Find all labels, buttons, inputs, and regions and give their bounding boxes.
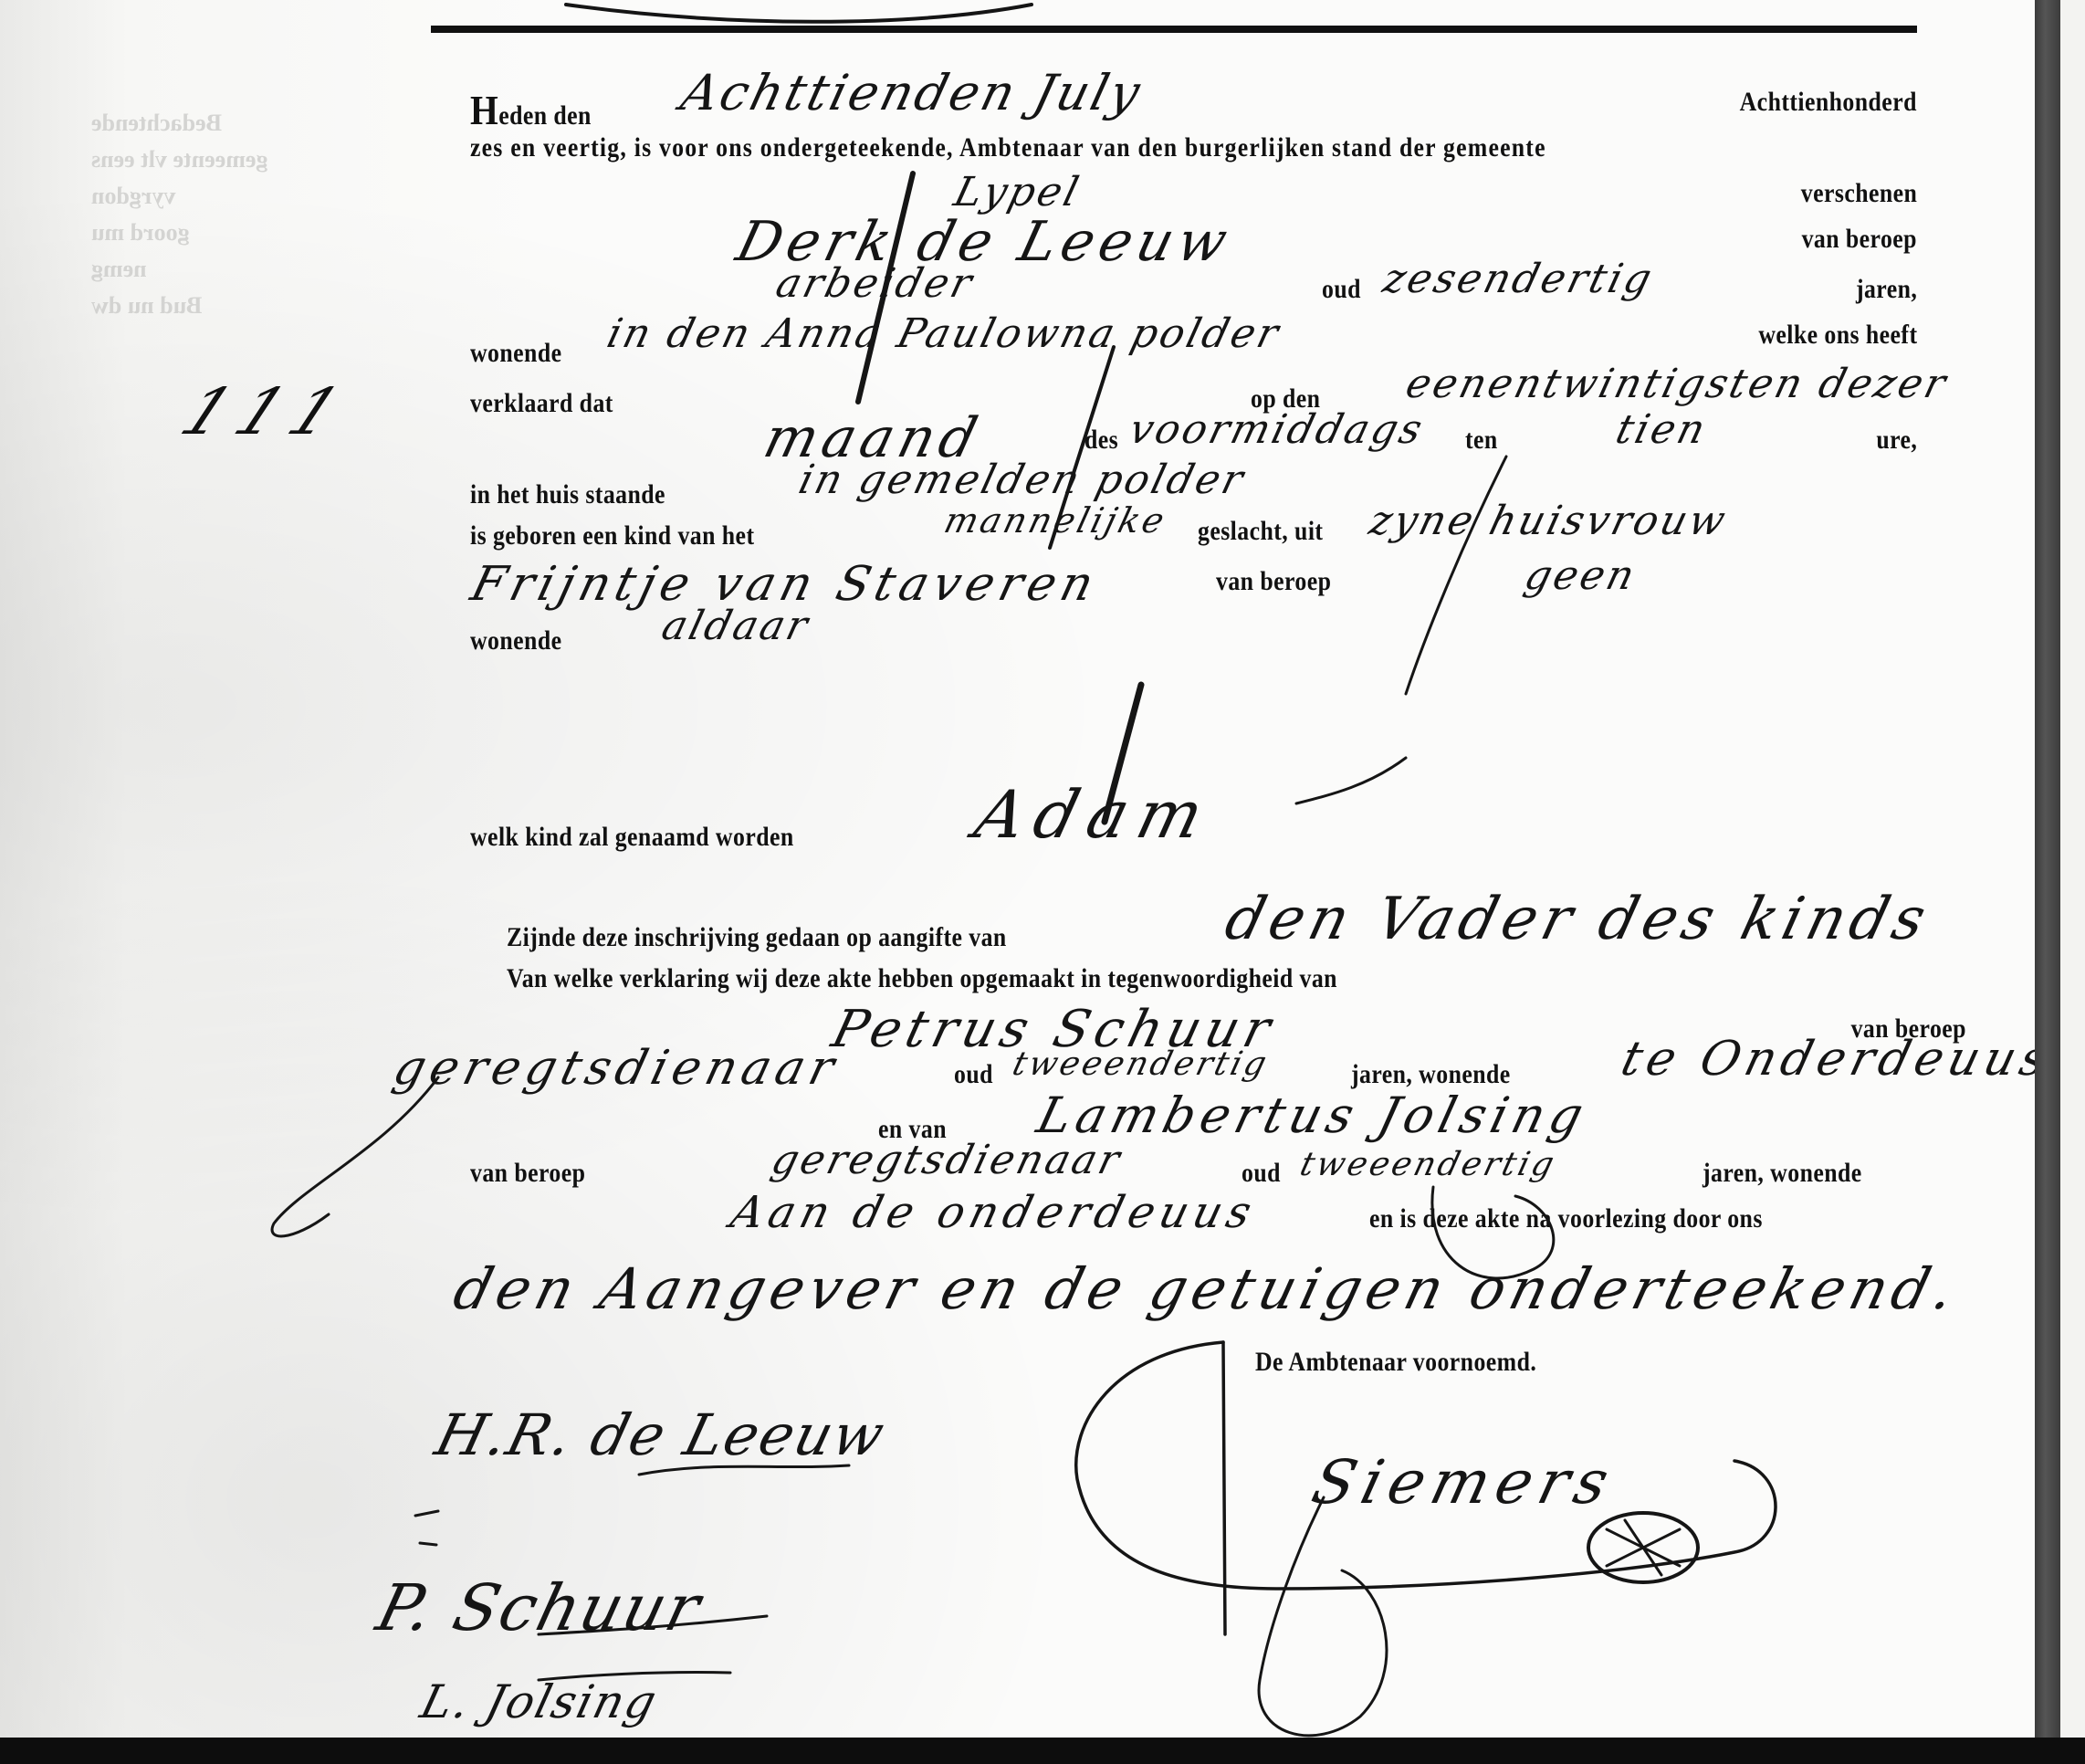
hw-witness1-residence: te Onderdeuus [1616, 1032, 2058, 1087]
dropcap: H [470, 87, 498, 133]
signature-official: Siemers [1305, 1447, 1623, 1517]
text-achttienhonderd: Achttienhonderd [1740, 87, 1917, 118]
text-oud-1: oud [1322, 274, 1361, 305]
hw-birth-day: eenentwintigsten dezer [1401, 361, 1953, 407]
text-oud-3: oud [1242, 1158, 1281, 1189]
hw-day-month: Achttienden July [676, 64, 1148, 121]
text-wonende-2: wonende [470, 625, 561, 656]
bleed-through-text: nemg [91, 256, 147, 283]
hw-hour: tien [1611, 406, 1713, 453]
hw-witness2-age: tweeendertig [1296, 1146, 1560, 1183]
hw-child-name: Adam [968, 776, 1221, 853]
hw-sex: mannelijke [940, 500, 1171, 541]
text-welk-kind: welk kind zal genaamd worden [470, 822, 794, 853]
text-verschenen: verschenen [1800, 178, 1917, 209]
scan-bottom-border [0, 1738, 2085, 1764]
document-page: Bedachtende gemeente vlt eens vyrgdon go… [0, 0, 2085, 1764]
hw-mother-relation: zyne huisvrouw [1365, 498, 1733, 544]
hw-municipality: Lypel [949, 169, 1085, 215]
margin-number: 111 [170, 374, 365, 449]
text-jaren-1: jaren, [1856, 274, 1917, 305]
text-van-welke: Van welke verklaring wij deze akte hebbe… [507, 963, 1337, 994]
text-des: des [1084, 425, 1118, 456]
text-jaren-wonende-2: jaren, wonende [1703, 1158, 1862, 1189]
hw-declarant-occupation: arbeider [771, 260, 979, 307]
signature-witness2: L. Jolsing [415, 1675, 663, 1728]
bleed-through-text: vyrgdon [91, 183, 175, 210]
hw-informant: den Vader des kinds [1219, 886, 1937, 953]
text-heden-den: eden den [498, 100, 592, 131]
text-wonende-1: wonende [470, 338, 561, 369]
text-zijnde: Zijnde deze inschrijving gedaan op aangi… [507, 922, 1007, 953]
bleed-through-text: gemeente vlt eens [91, 146, 267, 173]
hw-time-of-day: voormiddags [1125, 406, 1430, 453]
text-is-geboren: is geboren een kind van het [470, 520, 754, 551]
bleed-through-text: goord mu [91, 219, 190, 247]
hw-mother-residence: aldaar [657, 603, 815, 649]
text-van-beroep-1: van beroep [1802, 224, 1917, 255]
hw-signed-by: den Aangever en de getuigen onderteekend… [447, 1255, 1966, 1322]
bleed-through-text: Bedachtende [91, 110, 222, 137]
text-jaren-wonende-1: jaren, wonende [1351, 1059, 1511, 1090]
hw-witness2-occupation: geregtsdienaar [767, 1137, 1127, 1183]
text-ten: ten [1465, 425, 1498, 456]
text-oud-2: oud [954, 1059, 993, 1090]
hw-witness2-name: Lambertus Jolsing [1032, 1087, 1594, 1144]
bleed-through-text: Bud nu dw [91, 292, 202, 320]
binding-edge [2035, 0, 2060, 1739]
hw-witness1-occupation: geregtsdienaar [388, 1041, 845, 1096]
top-rule [431, 26, 1917, 33]
hw-birth-place: in gemelden polder [794, 457, 1251, 503]
text-in-het-huis: in het huis staande [470, 479, 665, 510]
text-welke-ons-heeft: welke ons heeft [1758, 320, 1917, 351]
hw-declarant-residence: in den Anna Paulowna polder [602, 310, 1285, 357]
text-van-beroep-4: van beroep [470, 1158, 585, 1189]
text-van-beroep-2: van beroep [1216, 566, 1331, 597]
text-ambtenaar: De Ambtenaar voornoemd. [1255, 1347, 1536, 1378]
text-geslacht-uit: geslacht, uit [1198, 516, 1323, 547]
signature-declarant: H.R. de Leeuw [429, 1402, 893, 1468]
hw-declarant-age: zesendertig [1378, 256, 1659, 302]
hw-witness2-residence: Aan de onderdeuus [726, 1187, 1262, 1238]
text-en-is-deze: en is deze akte na voorlezing door ons [1369, 1203, 1763, 1234]
line-heden: Heden den [470, 89, 592, 131]
adjacent-page-edge [2060, 0, 2085, 1739]
text-ure: ure, [1876, 425, 1917, 456]
text-verklaard-dat: verklaard dat [470, 388, 613, 419]
signature-witness1: P. Schuur [370, 1570, 709, 1645]
hw-mother-occupation: geen [1520, 552, 1641, 599]
text-line2: zes en veertig, is voor ons ondergeteeke… [470, 132, 1546, 163]
hw-witness1-age: tweeendertig [1009, 1045, 1273, 1083]
